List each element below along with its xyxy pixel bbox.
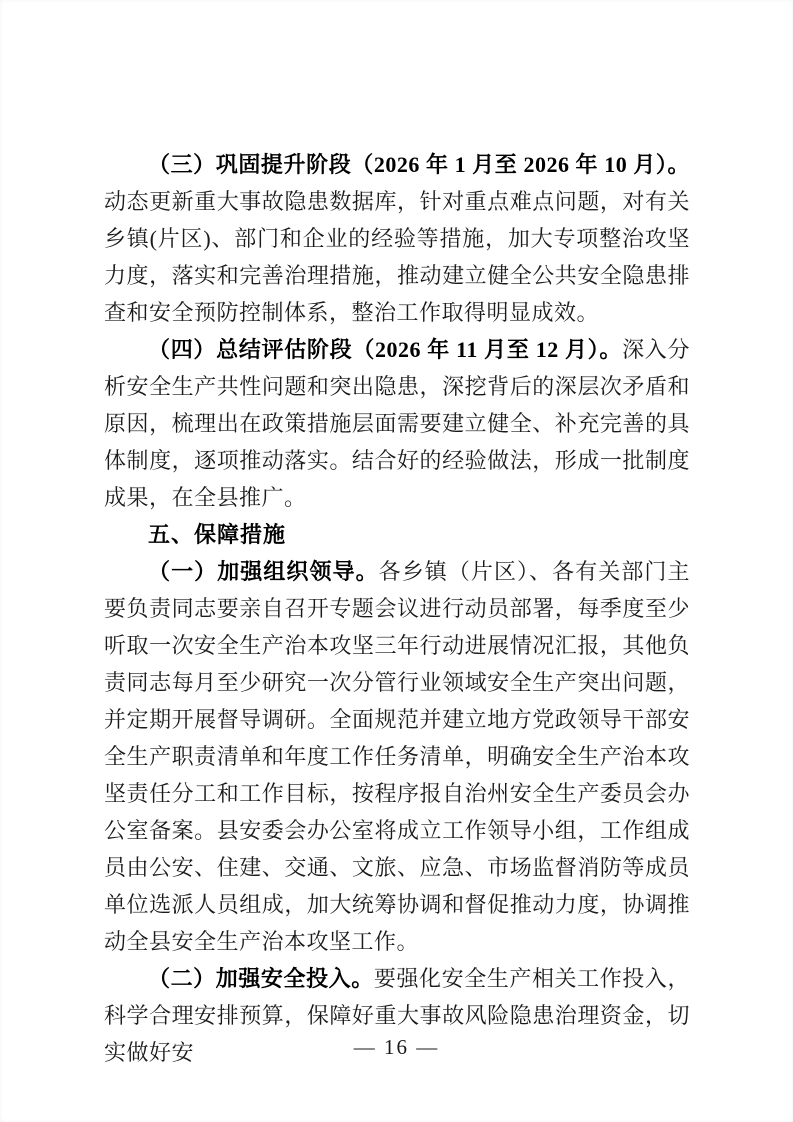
document-body: （三）巩固提升阶段（2026 年 1 月至 2026 年 10 月）。动态更新重…	[104, 146, 690, 1071]
paragraph-stage-3-text: 动态更新重大事故隐患数据库，针对重点难点问题，对有关乡镇(片区)、部门和企业的经…	[104, 189, 690, 325]
paragraph-stage-4-heading: （四）总结评估阶段（2026 年 11 月至 12 月）。	[148, 337, 622, 362]
paragraph-stage-3: （三）巩固提升阶段（2026 年 1 月至 2026 年 10 月）。动态更新重…	[104, 146, 690, 331]
paragraph-stage-4: （四）总结评估阶段（2026 年 11 月至 12 月）。深入分析安全生产共性问…	[104, 331, 690, 516]
paragraph-measure-1-heading: （一）加强组织领导。	[148, 559, 379, 584]
paragraph-stage-3-heading: （三）巩固提升阶段（2026 年 1 月至 2026 年 10 月）。	[148, 152, 690, 177]
page-number: — 16 —	[0, 1035, 793, 1060]
paragraph-measure-2-heading: （二）加强安全投入。	[148, 966, 374, 991]
paragraph-stage-4-text: 深入分析安全生产共性问题和突出隐患，深挖背后的深层次矛盾和原因，梳理出在政策措施…	[104, 337, 690, 510]
section-heading-5: 五、保障措施	[104, 516, 690, 553]
document-page: （三）巩固提升阶段（2026 年 1 月至 2026 年 10 月）。动态更新重…	[0, 0, 793, 1122]
paragraph-measure-1-text: 各乡镇（片区）、各有关部门主要负责同志要亲自召开专题会议进行动员部署，每季度至少…	[104, 559, 690, 954]
paragraph-measure-1: （一）加强组织领导。各乡镇（片区）、各有关部门主要负责同志要亲自召开专题会议进行…	[104, 553, 690, 960]
